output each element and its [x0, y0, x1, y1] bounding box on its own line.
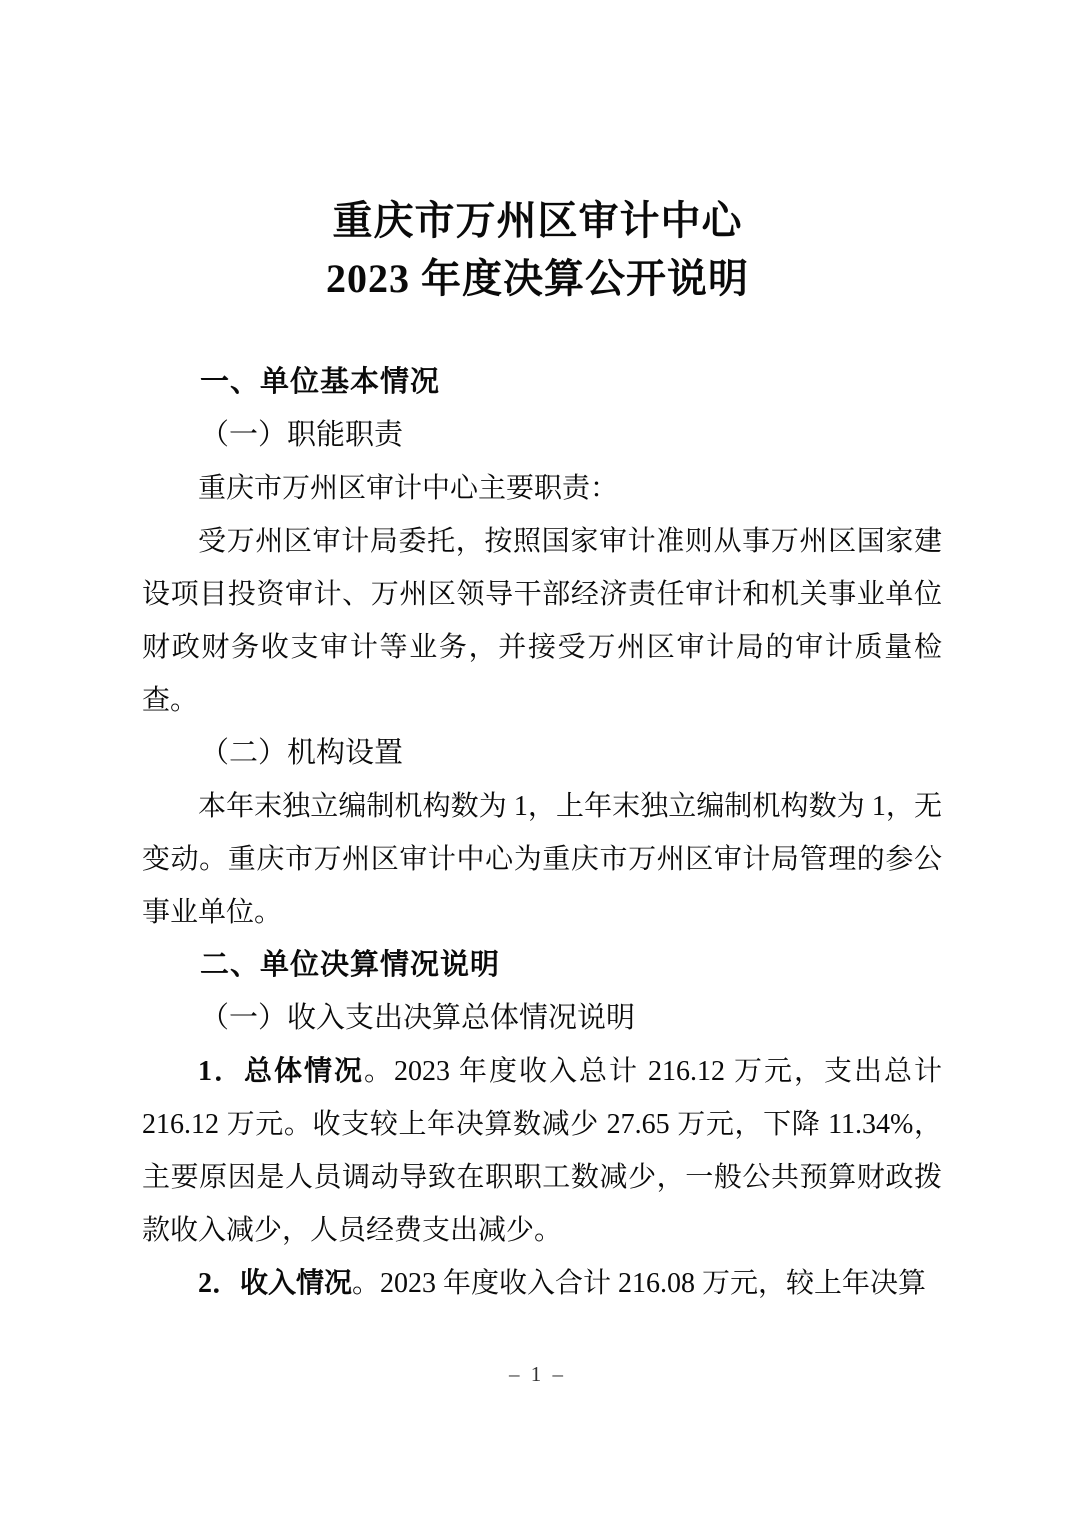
title-line-2: 2023 年度决算公开说明 [0, 250, 1075, 308]
section-heading-unit-basic-info: 一、单位基本情况 [142, 356, 942, 409]
numbered-item-label-1: 1．总体情况 [198, 1056, 364, 1087]
doc-title: 重庆市万州区审计中心 2023 年度决算公开说明 [0, 0, 1075, 308]
sub-heading-income-expense-overview: （一）收入支出决算总体情况说明 [142, 992, 942, 1045]
numbered-item-label-2: 2．收入情况 [198, 1268, 352, 1299]
page-number: – 1 – [0, 1362, 1075, 1387]
title-line-1: 重庆市万州区审计中心 [0, 192, 1075, 250]
section-heading-final-accounts: 二、单位决算情况说明 [142, 939, 942, 992]
paragraph-duties-detail: 受万州区审计局委托，按照国家审计准则从事万州区国家建设项目投资审计、万州区领导干… [142, 515, 942, 727]
paragraph-overall-situation: 1．总体情况。2023 年度收入总计 216.12 万元，支出总计 216.12… [142, 1045, 942, 1257]
sub-heading-duties: （一）职能职责 [142, 409, 942, 462]
sub-heading-org-setup: （二）机构设置 [142, 727, 942, 780]
paragraph-duties-intro: 重庆市万州区审计中心主要职责： [142, 462, 942, 515]
doc-page: 重庆市万州区审计中心 2023 年度决算公开说明 一、单位基本情况 （一）职能职… [0, 0, 1075, 1520]
doc-body: 一、单位基本情况 （一）职能职责 重庆市万州区审计中心主要职责： 受万州区审计局… [142, 356, 942, 1310]
paragraph-org-setup: 本年末独立编制机构数为 1，上年末独立编制机构数为 1，无变动。重庆市万州区审计… [142, 780, 942, 939]
paragraph-income-situation: 2．收入情况。2023 年度收入合计 216.08 万元，较上年决算 [142, 1257, 942, 1310]
numbered-item-text-2: 。2023 年度收入合计 216.08 万元，较上年决算 [352, 1268, 926, 1299]
